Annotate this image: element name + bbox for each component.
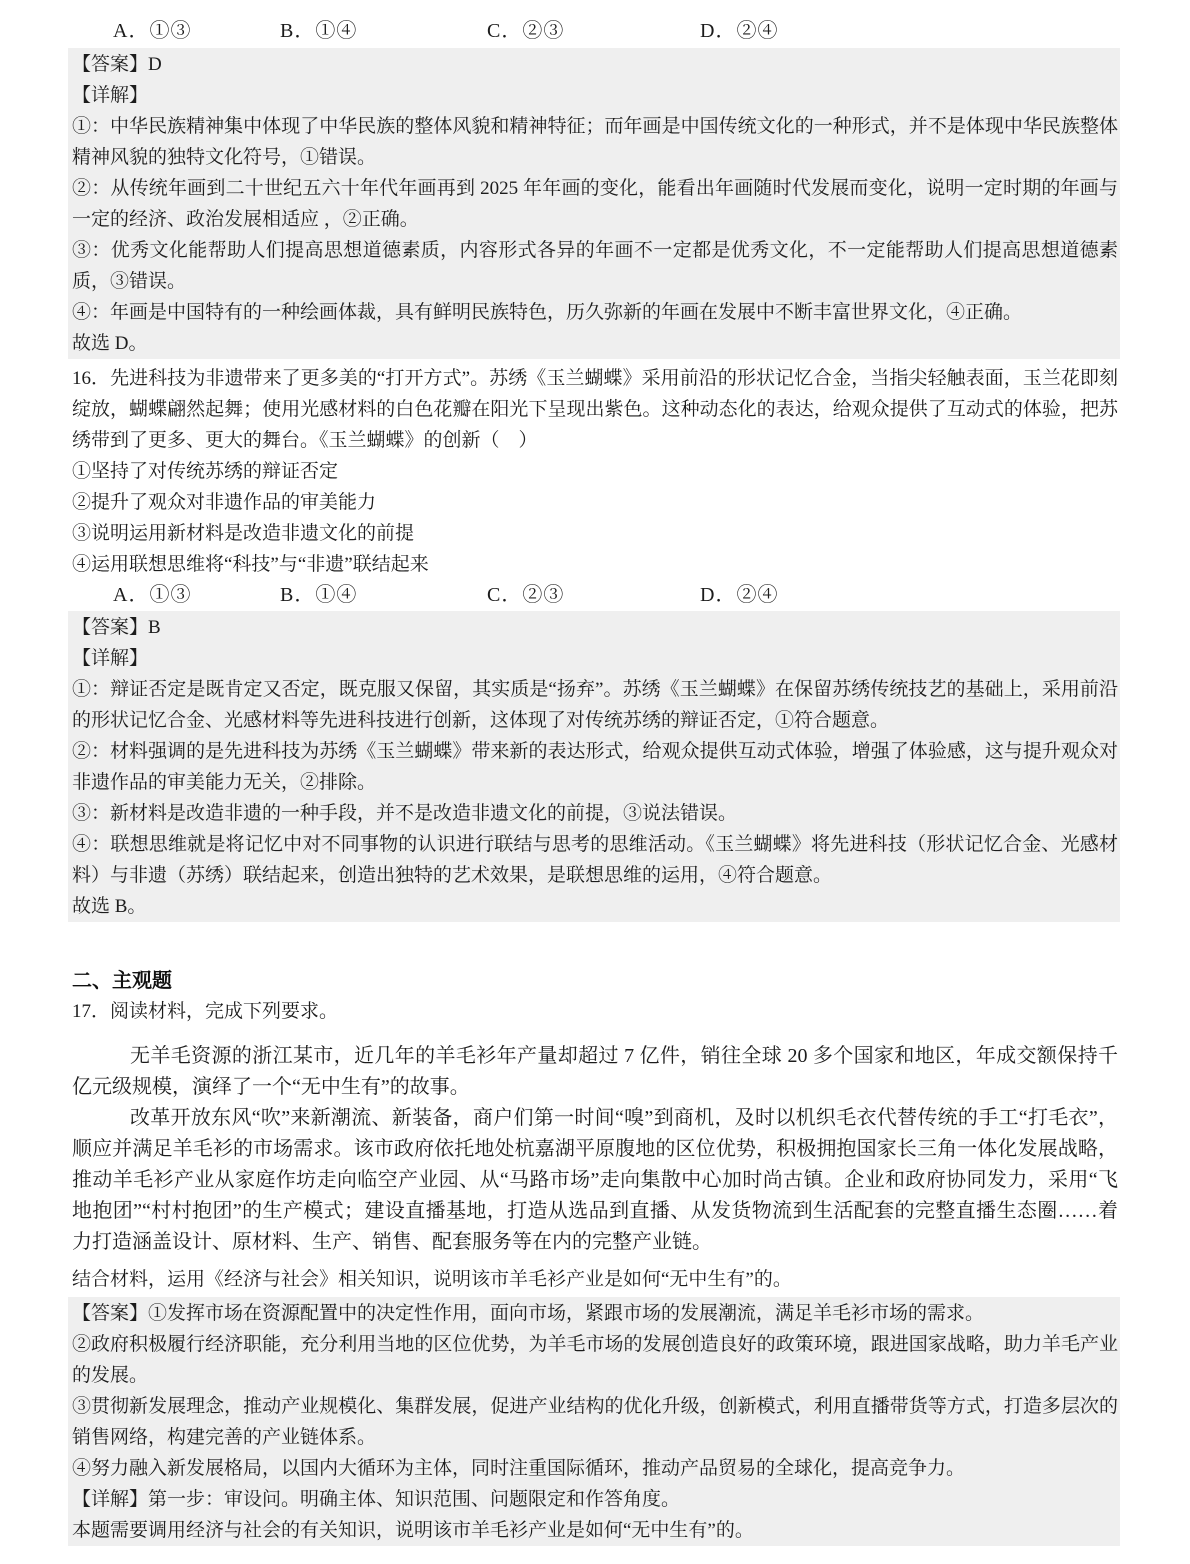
q16-answer-line: 【答案】B	[72, 612, 1118, 643]
q16-choice-1: ①坚持了对传统苏绣的辩证否定	[72, 456, 1118, 487]
q17-task: 结合材料，运用《经济与社会》相关知识，说明该市羊毛衫产业是如何“无中生有”的。	[72, 1264, 1118, 1295]
q15-option-b: B．①④	[280, 16, 487, 46]
q17-detail-line: 【详解】第一步：审设问。明确主体、知识范围、问题限定和作答角度。	[72, 1484, 1118, 1515]
q16-detail-label: 【详解】	[72, 643, 1118, 674]
q16-detail-point: ③：新材料是改造非遗的一种手段，并不是改造非遗文化的前提，③说法错误。	[72, 798, 1118, 829]
q17-answer-point: ④努力融入新发展格局，以国内大循环为主体，同时注重国际循环，推动产品贸易的全球化…	[72, 1453, 1118, 1484]
q17-detail-line: 本题需要调用经济与社会的有关知识，说明该市羊毛衫产业是如何“无中生有”的。	[72, 1515, 1118, 1546]
q16-choice-4: ④运用联想思维将“科技”与“非遗”联结起来	[72, 549, 1118, 580]
q15-detail-point: ④：年画是中国特有的一种绘画体裁，具有鲜明民族特色，历久弥新的年画在发展中不断丰…	[72, 297, 1118, 328]
section-heading-subjective: 二、主观题	[72, 966, 1190, 996]
q17-intro: 17．阅读材料，完成下列要求。	[72, 996, 1118, 1027]
q15-answer-block: 【答案】D 【详解】 ①：中华民族精神集中体现了中华民族的整体风貌和精神特征；而…	[68, 48, 1120, 359]
q16-option-b: B．①④	[280, 580, 487, 611]
q15-detail-point: ①：中华民族精神集中体现了中华民族的整体风貌和精神特征；而年画是中国传统文化的一…	[72, 111, 1118, 173]
q17-answer-point: ③贯彻新发展理念，推动产业规模化、集群发展，促进产业结构的优化升级，创新模式，利…	[72, 1391, 1118, 1453]
question-16: 16．先进科技为非遗带来了更多美的“打开方式”。苏绣《玉兰蝴蝶》采用前沿的形状记…	[72, 363, 1118, 611]
q17-answer-block: 【答案】①发挥市场在资源配置中的决定性作用，面向市场，紧跟市场的发展潮流，满足羊…	[68, 1297, 1120, 1546]
q16-option-a: A．①③	[113, 580, 280, 611]
q15-detail-point: ③：优秀文化能帮助人们提高思想道德素质，内容形式各异的年画不一定都是优秀文化，不…	[72, 235, 1118, 297]
q15-answer-line: 【答案】D	[72, 49, 1118, 80]
q16-answer-block: 【答案】B 【详解】 ①：辩证否定是既肯定又否定，既克服又保留，其实质是“扬弃”…	[68, 611, 1120, 922]
q15-conclusion: 故选 D。	[72, 328, 1118, 359]
q17-material-paragraph: 无羊毛资源的浙江某市，近几年的羊毛衫年产量却超过 7 亿件，销往全球 20 多个…	[72, 1041, 1118, 1103]
q15-detail-point: ②：从传统年画到二十世纪五六十年代年画再到 2025 年年画的变化，能看出年画随…	[72, 173, 1118, 235]
q16-choice-3: ③说明运用新材料是改造非遗文化的前提	[72, 518, 1118, 549]
q15-option-a: A．①③	[113, 16, 280, 46]
q17-material-paragraph: 改革开放东风“吹”来新潮流、新装备，商户们第一时间“嗅”到商机，及时以机织毛衣代…	[72, 1103, 1118, 1258]
q16-detail-point: ④：联想思维就是将记忆中对不同事物的认识进行联结与思考的思维活动。《玉兰蝴蝶》将…	[72, 829, 1118, 891]
q17-answer-point: 【答案】①发挥市场在资源配置中的决定性作用，面向市场，紧跟市场的发展潮流，满足羊…	[72, 1298, 1118, 1329]
q15-detail-label: 【详解】	[72, 80, 1118, 111]
document-page: A．①③B．①④C．②③D．②④ 【答案】D 【详解】 ①：中华民族精神集中体现…	[0, 0, 1190, 1564]
q15-option-c: C．②③	[487, 16, 700, 46]
q16-options-row: A．①③B．①④C．②③D．②④	[113, 580, 1118, 611]
q17-material: 无羊毛资源的浙江某市，近几年的羊毛衫年产量却超过 7 亿件，销往全球 20 多个…	[0, 1041, 1190, 1258]
q15-option-d: D．②④	[700, 16, 778, 46]
q16-option-c: C．②③	[487, 580, 700, 611]
q17-answer-point: ②政府积极履行经济职能，充分利用当地的区位优势，为羊毛市场的发展创造良好的政策环…	[72, 1329, 1118, 1391]
q16-detail-point: ②：材料强调的是先进科技为苏绣《玉兰蝴蝶》带来新的表达形式，给观众提供互动式体验…	[72, 736, 1118, 798]
q16-stem: 16．先进科技为非遗带来了更多美的“打开方式”。苏绣《玉兰蝴蝶》采用前沿的形状记…	[72, 363, 1118, 456]
q15-options-row: A．①③B．①④C．②③D．②④	[113, 16, 1190, 46]
q16-detail-point: ①：辩证否定是既肯定又否定，既克服又保留，其实质是“扬弃”。苏绣《玉兰蝴蝶》在保…	[72, 674, 1118, 736]
q16-option-d: D．②④	[700, 580, 778, 611]
q16-conclusion: 故选 B。	[72, 891, 1118, 922]
q16-choice-2: ②提升了观众对非遗作品的审美能力	[72, 487, 1118, 518]
